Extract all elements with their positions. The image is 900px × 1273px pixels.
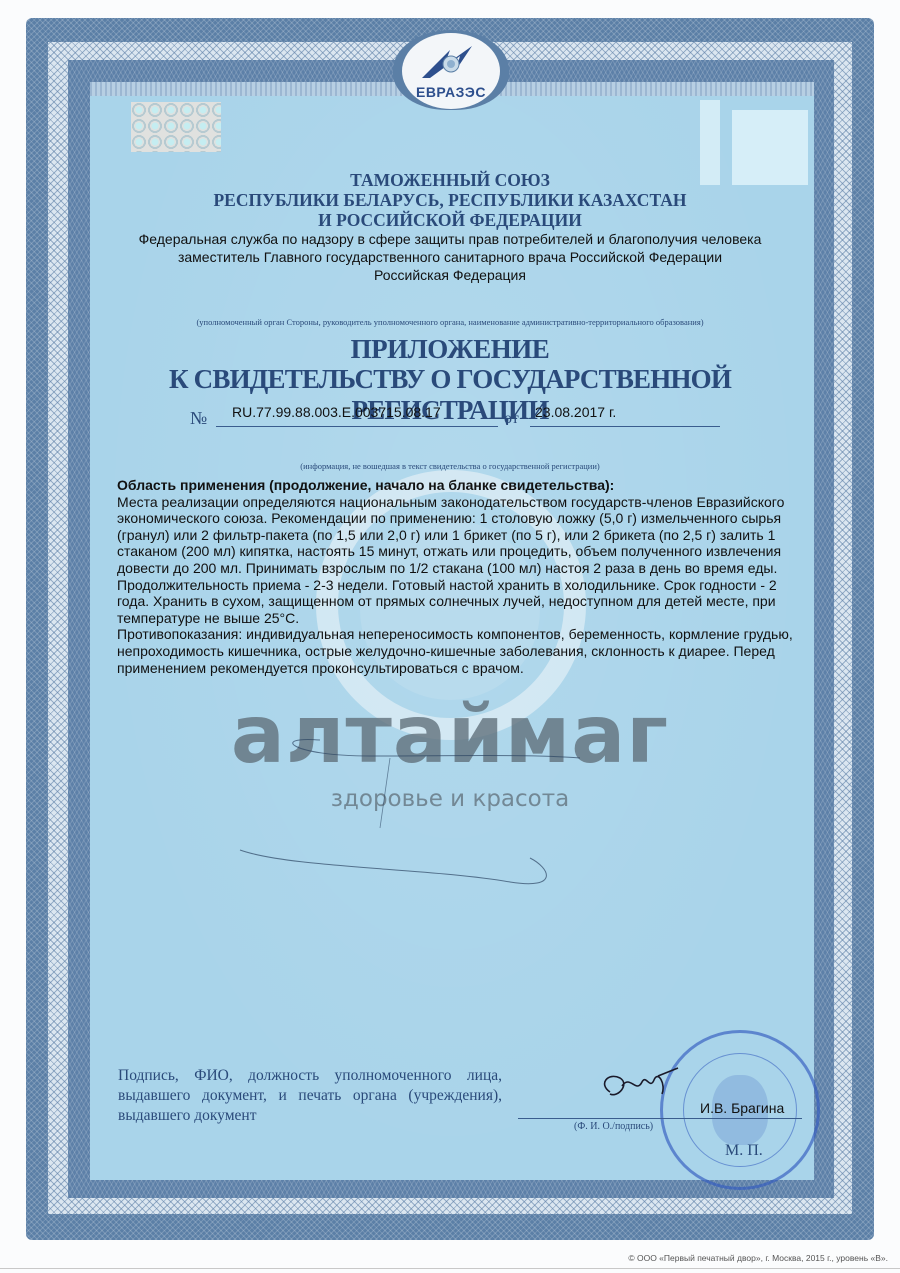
info-caption: (информация, не вошедшая в текст свидете… <box>100 461 800 471</box>
issuing-authority: Федеральная служба по надзору в сфере за… <box>100 230 800 284</box>
org-line: ТАМОЖЕННЫЙ СОЮЗ <box>100 170 800 190</box>
authority-line: заместитель Главного государственного са… <box>100 248 800 266</box>
org-line: И РОССИЙСКОЙ ФЕДЕРАЦИИ <box>100 210 800 230</box>
printer-credit: © ООО «Первый печатный двор», г. Москва,… <box>628 1253 888 1263</box>
contraindications-paragraph: Противопоказания: индивидуальная неперен… <box>117 626 797 676</box>
name-caption: (Ф. И. О./подпись) <box>574 1121 653 1132</box>
issuing-union-heading: ТАМОЖЕННЫЙ СОЮЗ РЕСПУБЛИКИ БЕЛАРУСЬ, РЕС… <box>100 170 800 230</box>
org-line: РЕСПУБЛИКИ БЕЛАРУСЬ, РЕСПУБЛИКИ КАЗАХСТА… <box>100 190 800 210</box>
authority-line: Российская Федерация <box>100 266 800 284</box>
scope-of-application: Область применения (продолжение, начало … <box>117 477 797 676</box>
registration-date: 23.08.2017 г. <box>535 404 616 420</box>
signer-name: И.В. Брагина <box>700 1100 784 1116</box>
eurasec-emblem-icon <box>420 44 482 80</box>
logo-text: ЕВРАЗЭС <box>402 84 500 100</box>
signature-instruction: Подпись, ФИО, должность уполномоченного … <box>118 1066 502 1126</box>
registration-number: RU.77.99.88.003.E.003715.08.17 <box>232 404 441 420</box>
usage-paragraph: Места реализации определяются национальн… <box>117 494 797 627</box>
authority-line: Федеральная служба по надзору в сфере за… <box>100 230 800 248</box>
signature-underline <box>518 1118 802 1119</box>
authority-caption: (уполномоченный орган Стороны, руководит… <box>100 317 800 327</box>
date-label: от <box>504 410 519 428</box>
document-title: ПРИЛОЖЕНИЕ <box>100 334 800 365</box>
number-label: № <box>190 408 207 429</box>
hologram-pattern-left <box>131 102 221 152</box>
pen-stroke-decoration <box>230 718 650 898</box>
scan-edge <box>0 1268 900 1269</box>
seal-place-label: М. П. <box>725 1142 763 1160</box>
scope-heading: Область применения (продолжение, начало … <box>117 477 797 494</box>
handwritten-signature-icon <box>596 1064 686 1104</box>
date-underline <box>530 426 720 427</box>
registration-row: № RU.77.99.88.003.E.003715.08.17 от 23.0… <box>190 404 730 430</box>
number-underline <box>216 426 498 427</box>
